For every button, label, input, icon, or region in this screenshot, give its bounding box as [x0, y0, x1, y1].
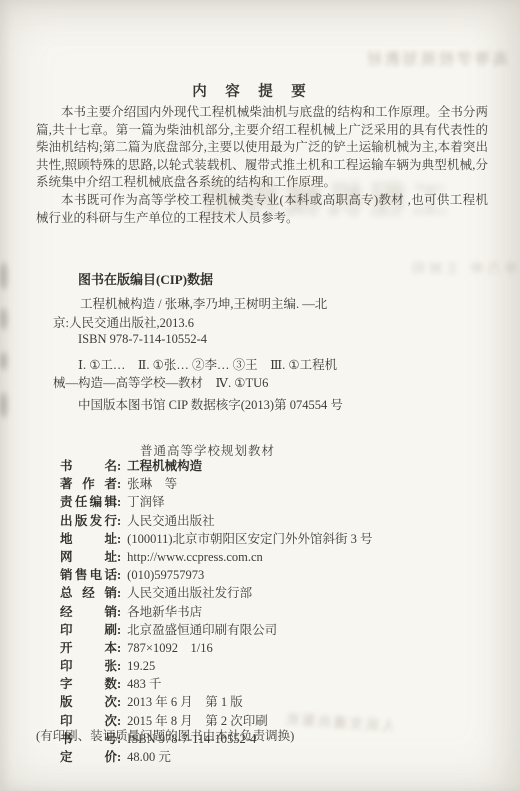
colophon-separator: : — [117, 495, 121, 509]
colophon-row-price: 定价:48.00 元 — [60, 748, 480, 766]
quality-exchange-note: (有印刷、装订质量问题的图书由本社负责调换) — [36, 726, 294, 744]
colophon-separator: : — [117, 695, 121, 709]
colophon-label: 地址 — [60, 530, 117, 548]
colophon-label: 经销 — [60, 603, 117, 621]
colophon-value: 工程机械构造 — [127, 459, 202, 473]
summary-paragraph-2: 本书既可作为高等学校工程机械类专业(本科或高职高专)教材 ,也可供工程机械行业的… — [36, 192, 488, 227]
cip-record-line-1: 工程机械构造 / 张琳,李乃坤,王树明主编. —北 — [80, 294, 327, 312]
colophon-label: 字数 — [60, 675, 117, 693]
colophon-separator: : — [117, 459, 121, 473]
colophon-value: 张琳 等 — [127, 477, 177, 491]
colophon-row-editor: 责任编辑:丁润铎 — [60, 493, 480, 511]
content-summary-heading: 内 容 提 要 — [0, 80, 500, 101]
colophon-separator: : — [117, 659, 121, 673]
colophon-separator: : — [117, 750, 121, 764]
colophon-row-general-distributor: 总经销:人民交通出版社发行部 — [60, 584, 480, 602]
cip-classification-line-2: 械—构造—高等学校—教材 Ⅳ. ①TU6 — [53, 373, 268, 391]
colophon-separator: : — [117, 550, 121, 564]
colophon-value: 483 千 — [127, 677, 161, 691]
colophon-label: 印张 — [60, 657, 117, 675]
colophon-value: 人民交通出版社发行部 — [127, 586, 252, 600]
colophon-label: 总经销 — [60, 584, 117, 602]
colophon-row-sales-phone: 销售电话:(010)59757973 — [60, 566, 480, 584]
cip-data-heading: 图书在版编目(CIP)数据 — [78, 269, 213, 288]
colophon-row-distributor: 经销:各地新华书店 — [60, 603, 480, 621]
colophon-row-format: 开本:787×1092 1/16 — [60, 639, 480, 657]
colophon-value: 787×1092 1/16 — [127, 641, 213, 655]
colophon-separator: : — [117, 477, 121, 491]
colophon-row-edition: 版次:2013 年 6 月 第 1 版 — [60, 693, 480, 711]
colophon-row-sheets: 印张:19.25 — [60, 657, 480, 675]
colophon-value: (100011)北京市朝阳区安定门外外馆斜街 3 号 — [127, 532, 372, 546]
scan-edge-smudge — [0, 392, 7, 418]
content-summary-body: 本书主要介绍国内外现代工程机械柴油机与底盘的结构和工作原理。全书分两篇,共十七章… — [36, 104, 488, 227]
colophon-row-book-title: 书名:工程机械构造 — [60, 457, 480, 475]
colophon-row-printer: 印刷:北京盈盛恒通印刷有限公司 — [60, 621, 480, 639]
colophon-separator: : — [117, 532, 121, 546]
colophon-value: 19.25 — [127, 659, 155, 673]
summary-paragraph-1: 本书主要介绍国内外现代工程机械柴油机与底盘的结构和工作原理。全书分两篇,共十七章… — [36, 104, 488, 192]
colophon-label: 定价 — [60, 748, 117, 766]
colophon-label: 书名 — [60, 457, 117, 475]
colophon-value: (010)59757973 — [127, 568, 204, 582]
colophon-value: 丁润铎 — [127, 495, 165, 509]
colophon-value: 北京盈盛恒通印刷有限公司 — [127, 623, 277, 637]
colophon-separator: : — [117, 586, 121, 600]
showthrough-author-names: 张琳 李乃坤 王树明 — [408, 258, 520, 277]
colophon-label: 印刷 — [60, 621, 117, 639]
cip-isbn-line: ISBN 978-7-114-10552-4 — [78, 332, 207, 347]
scan-edge-smudge — [0, 352, 7, 370]
colophon-row-authors: 著作者:张琳 等 — [60, 475, 480, 493]
colophon-label: 网址 — [60, 548, 117, 566]
scan-edge-smudge — [0, 262, 7, 290]
colophon-label: 开本 — [60, 639, 117, 657]
colophon-row-publisher: 出版发行:人民交通出版社 — [60, 512, 480, 530]
colophon-value: 48.00 元 — [127, 750, 171, 764]
colophon-label: 出版发行 — [60, 512, 117, 530]
colophon-row-address: 地址:(100011)北京市朝阳区安定门外外馆斜街 3 号 — [60, 530, 480, 548]
colophon-separator: : — [117, 641, 121, 655]
colophon-separator: : — [117, 677, 121, 691]
colophon-value: 2013 年 6 月 第 1 版 — [127, 695, 243, 709]
cip-record-line-2: 京:人民交通出版社,2013.6 — [53, 313, 194, 331]
colophon-label: 销售电话 — [60, 566, 117, 584]
colophon-separator: : — [117, 568, 121, 582]
colophon-value: http://www.ccpress.com.cn — [127, 550, 263, 564]
colophon-row-word-count: 字数:483 千 — [60, 675, 480, 693]
cip-registry-number-line: 中国版本图书馆 CIP 数据核字(2013)第 074554 号 — [78, 395, 343, 413]
colophon-separator: : — [117, 623, 121, 637]
colophon-list: 书名:工程机械构造 著作者:张琳 等 责任编辑:丁润铎 出版发行:人民交通出版社… — [60, 457, 480, 766]
colophon-value: 人民交通出版社 — [127, 514, 215, 528]
colophon-label: 责任编辑 — [60, 493, 117, 511]
colophon-row-website: 网址:http://www.ccpress.com.cn — [60, 548, 480, 566]
cip-classification-line-1: Ⅰ. ①工… Ⅱ. ①张… ②李… ③王 Ⅲ. ①工程机 — [78, 355, 337, 373]
colophon-label: 版次 — [60, 693, 117, 711]
colophon-value: 各地新华书店 — [127, 605, 202, 619]
colophon-separator: : — [117, 605, 121, 619]
colophon-separator: : — [117, 514, 121, 528]
colophon-label: 著作者 — [60, 475, 117, 493]
scan-edge-smudge — [0, 308, 7, 330]
showthrough-series-text: 高等学校规划教材 — [338, 48, 508, 69]
